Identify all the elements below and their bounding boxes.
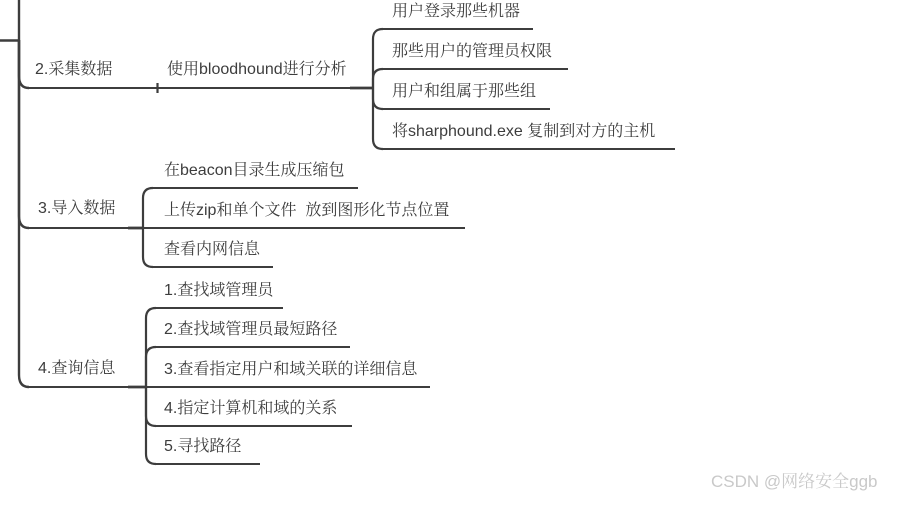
topic-import-data[interactable]: 3.导入数据 <box>38 200 115 218</box>
subtopic-find-path[interactable]: 5.寻找路径 <box>164 438 241 456</box>
subtopic-copy-sharphound[interactable]: 将sharphound.exe 复制到对方的主机 <box>392 123 655 141</box>
subtopic-user-admin-rights[interactable]: 那些用户的管理员权限 <box>392 43 552 61</box>
subtopic-user-login-machines[interactable]: 用户登录那些机器 <box>392 3 520 21</box>
subtopic-view-intranet-info[interactable]: 查看内网信息 <box>164 241 260 259</box>
trunk-lines <box>0 0 29 387</box>
topic-collect-data[interactable]: 2.采集数据 <box>35 61 112 79</box>
topic-query-info[interactable]: 4.查询信息 <box>38 360 115 378</box>
subtopic-beacon-archive[interactable]: 在beacon目录生成压缩包 <box>164 162 345 180</box>
subtopic-user-domain-details[interactable]: 3.查看指定用户和域关联的详细信息 <box>164 361 417 379</box>
subtopic-upload-zip[interactable]: 上传zip和单个文件 放到图形化节点位置 <box>164 202 449 220</box>
topic-bloodhound-analysis[interactable]: 使用bloodhound进行分析 <box>167 61 347 79</box>
mindmap-canvas: 2.采集数据 使用bloodhound进行分析 用户登录那些机器 那些用户的管理… <box>0 0 907 506</box>
subtopic-shortest-path-admins[interactable]: 2.查找域管理员最短路径 <box>164 321 337 339</box>
subtopic-computer-domain-relation[interactable]: 4.指定计算机和域的关系 <box>164 400 337 418</box>
connector-lines <box>0 0 907 506</box>
csdn-watermark: CSDN @网络安全ggb <box>711 472 878 492</box>
subtopic-find-domain-admins[interactable]: 1.查找域管理员 <box>164 282 273 300</box>
subtopic-user-group-membership[interactable]: 用户和组属于那些组 <box>392 83 536 101</box>
